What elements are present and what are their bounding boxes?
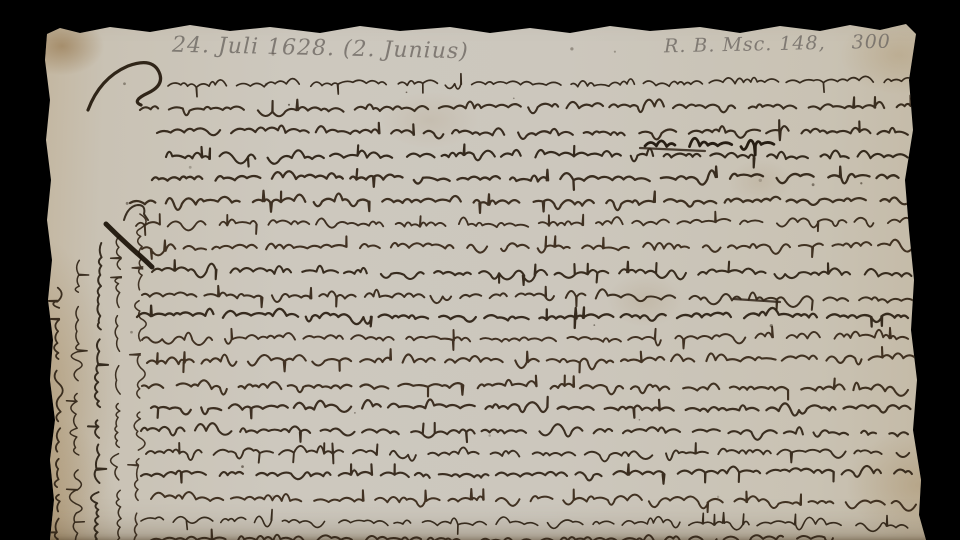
text-line	[142, 376, 908, 400]
ink-speck	[265, 83, 268, 86]
ink-speck	[812, 183, 815, 186]
ink-speck	[759, 179, 762, 182]
ink-speck	[639, 419, 641, 421]
ink-speck	[513, 97, 515, 99]
ink-speck	[241, 465, 244, 468]
handwriting-layer	[0, 0, 960, 540]
margin-note-line	[111, 236, 122, 540]
photo-background: 24. Juli 1628. (2. Junius) R. B. Msc. 14…	[0, 0, 960, 540]
text-line	[147, 347, 916, 372]
margin-note-line	[35, 458, 43, 540]
ink-speck	[406, 91, 408, 93]
ink-speck	[272, 53, 275, 56]
ink-speck	[189, 166, 192, 169]
ink-speck	[717, 496, 719, 498]
text-line	[141, 423, 908, 442]
ink-speck	[570, 47, 573, 50]
text-line	[141, 510, 908, 535]
text-line	[142, 286, 915, 310]
ink-speck	[819, 155, 822, 158]
text-line	[137, 306, 908, 328]
text-line	[168, 74, 913, 97]
ink-speck	[333, 384, 336, 387]
margin-note-line	[88, 243, 108, 540]
text-line	[151, 397, 910, 418]
overwritten-word	[645, 138, 774, 155]
text-line	[142, 236, 914, 259]
text-line	[151, 489, 916, 512]
ink-speck	[272, 496, 273, 497]
text-line	[130, 191, 911, 213]
text-line	[150, 530, 833, 540]
text-line	[140, 96, 911, 117]
ink-speck	[130, 331, 133, 334]
margin-note-line	[128, 214, 146, 540]
ink-speck	[402, 522, 404, 524]
ink-speck	[488, 434, 491, 437]
ink-speck	[354, 412, 356, 414]
strikethrough	[640, 148, 705, 151]
text-line	[152, 260, 911, 285]
margin-note-line	[46, 288, 62, 540]
ink-speck	[288, 104, 290, 106]
text-line	[136, 212, 914, 235]
manuscript-page: 24. Juli 1628. (2. Junius) R. B. Msc. 14…	[0, 0, 960, 540]
opening-flourish	[88, 63, 161, 110]
text-line	[142, 327, 908, 350]
text-line	[166, 145, 908, 168]
strikethrough	[734, 299, 780, 302]
text-line	[152, 167, 899, 190]
text-line	[157, 120, 908, 140]
ink-speck	[770, 324, 773, 327]
margin-note-line	[67, 260, 89, 540]
text-line	[141, 464, 912, 484]
ink-speck	[353, 468, 355, 470]
ink-speck	[123, 82, 126, 85]
ink-speck	[593, 324, 595, 326]
ink-speck	[126, 202, 129, 205]
ink-speck	[614, 51, 616, 53]
text-line	[146, 443, 909, 463]
ink-speck	[860, 182, 862, 184]
